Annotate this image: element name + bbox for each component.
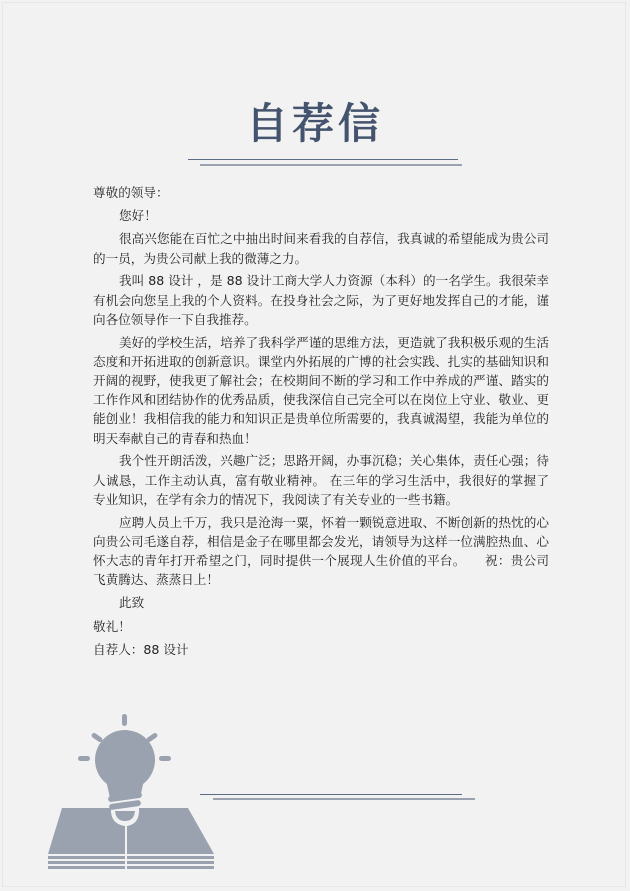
title-divider-lower [200,164,462,166]
closing-line-1: 此致 [93,593,549,612]
footer-divider-lower [213,798,475,800]
title-divider-upper [188,159,458,160]
paragraph-4: 我个性开朗活泼，兴趣广泛；思路开阔，办事沉稳；关心集体，责任心强；待人诚恳，工作… [93,451,549,509]
paragraph-3: 美好的学校生活，培养了我科学严谨的思维方法，更造就了我积极乐观的生活态度和开拓进… [93,333,549,448]
paragraph-1: 很高兴您能在百忙之中抽出时间来看我的自荐信，我真诚的希望能成为贵公司的一员，为贵… [93,229,549,267]
greeting: 您好！ [93,206,549,225]
page-title: 自荐信 [0,98,630,150]
paragraph-5: 应聘人员上千万，我只是沧海一粟，怀着一颗锐意进取、不断创新的热忱的心向贵公司毛遂… [93,513,549,590]
letter-body: 尊敬的领导： 您好！ 很高兴您能在百忙之中抽出时间来看我的自荐信，我真诚的希望能… [93,183,549,663]
paragraph-2: 我叫 88 设计 ，是 88 设计工商大学人力资源（本科）的一名学生。我很荣幸有… [93,271,549,329]
footer-divider-upper [200,794,462,795]
closing-line-2: 敬礼！ [93,617,549,636]
lightbulb-book-icon [48,708,220,876]
signature: 自荐人：88 设计 [93,640,549,659]
salutation: 尊敬的领导： [93,183,549,202]
